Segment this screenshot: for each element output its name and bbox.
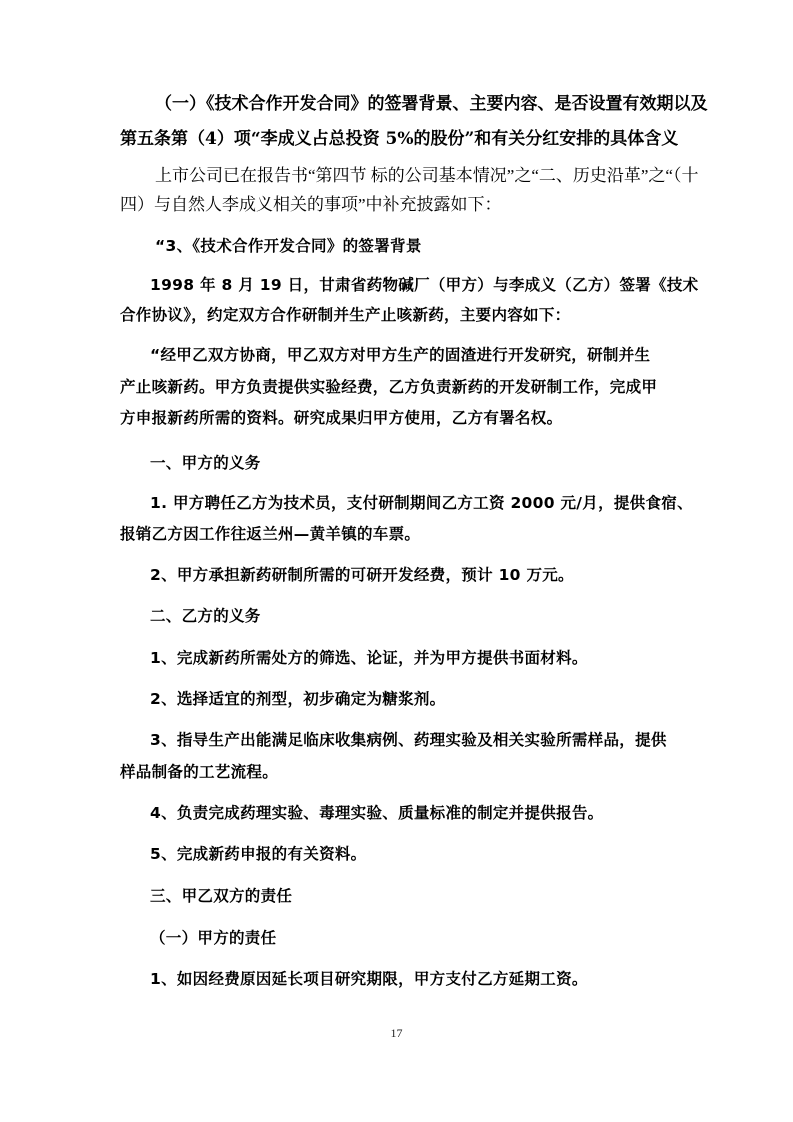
subsection-title: “3、《技术合作开发合同》的签署背景 [155, 239, 422, 255]
quote-paragraph-line-2: 产止咳新药。甲方负责提供实验经费，乙方负责新药的开发研制工作，完成甲 [120, 380, 657, 396]
party-a-responsibility-1: 1、如因经费原因延长项目研究期限，甲方支付乙方延期工资。 [150, 972, 588, 988]
background-paragraph-line-1: 1998 年 8 月 19 日，甘肃省药物碱厂（甲方）与李成义（乙方）签署《技术 [150, 278, 698, 294]
section-heading-line-1: （一）《技术合作开发合同》的签署背景、主要内容、是否设置有效期以及 [155, 96, 708, 113]
party-b-duty-1: 1、完成新药所需处方的筛选、论证，并为甲方提供书面材料。 [150, 651, 588, 667]
party-b-duty-2: 2、选择适宜的剂型，初步确定为糖浆剂。 [150, 692, 446, 708]
intro-paragraph-line-2: 四）与自然人李成义相关的事项”中补充披露如下： [120, 196, 502, 213]
party-b-duty-5: 5、完成新药申报的有关资料。 [150, 847, 367, 863]
party-a-responsibility-subtitle: （一）甲方的责任 [150, 931, 276, 947]
background-paragraph-line-2: 合作协议》，约定双方合作研制并生产止咳新药，主要内容如下： [120, 308, 570, 324]
party-b-duty-3-line-2: 样品制备的工艺流程。 [120, 765, 278, 781]
quote-paragraph-line-1: “经甲乙双方协商，甲乙双方对甲方生产的固渣进行开发研究，研制并生 [150, 348, 650, 364]
quote-paragraph-line-3: 方申报新药所需的资料。研究成果归甲方使用，乙方有署名权。 [120, 411, 562, 427]
party-a-duty-2: 2、甲方承担新药研制所需的可研开发经费，预计 10 万元。 [150, 568, 574, 584]
document-page: （一）《技术合作开发合同》的签署背景、主要内容、是否设置有效期以及 第五条第（4… [0, 0, 793, 1122]
responsibilities-title: 三、甲乙双方的责任 [150, 889, 292, 905]
party-b-duty-3-line-1: 3、指导生产出能满足临床收集病例、药理实验及相关实验所需样品，提供 [150, 733, 667, 749]
party-b-duties-title: 二、乙方的义务 [150, 609, 261, 625]
page-number: 17 [0, 1026, 793, 1041]
section-heading-line-2: 第五条第（4）项“李成义占总投资 5%的股份”和有关分红安排的具体含义 [120, 131, 678, 148]
intro-paragraph-line-1: 上市公司已在报告书“第四节 标的公司基本情况”之“二、历史沿革”之“（十 [155, 167, 698, 184]
party-b-duty-4: 4、负责完成药理实验、毒理实验、质量标准的制定并提供报告。 [150, 806, 604, 822]
party-a-duty-1-line-2: 报销乙方因工作往返兰州—黄羊镇的车票。 [120, 527, 420, 543]
party-a-duty-1-line-1: 1. 甲方聘任乙方为技术员，支付研制期间乙方工资 2000 元/月，提供食宿、 [150, 496, 693, 512]
party-a-duties-title: 一、甲方的义务 [150, 456, 261, 472]
